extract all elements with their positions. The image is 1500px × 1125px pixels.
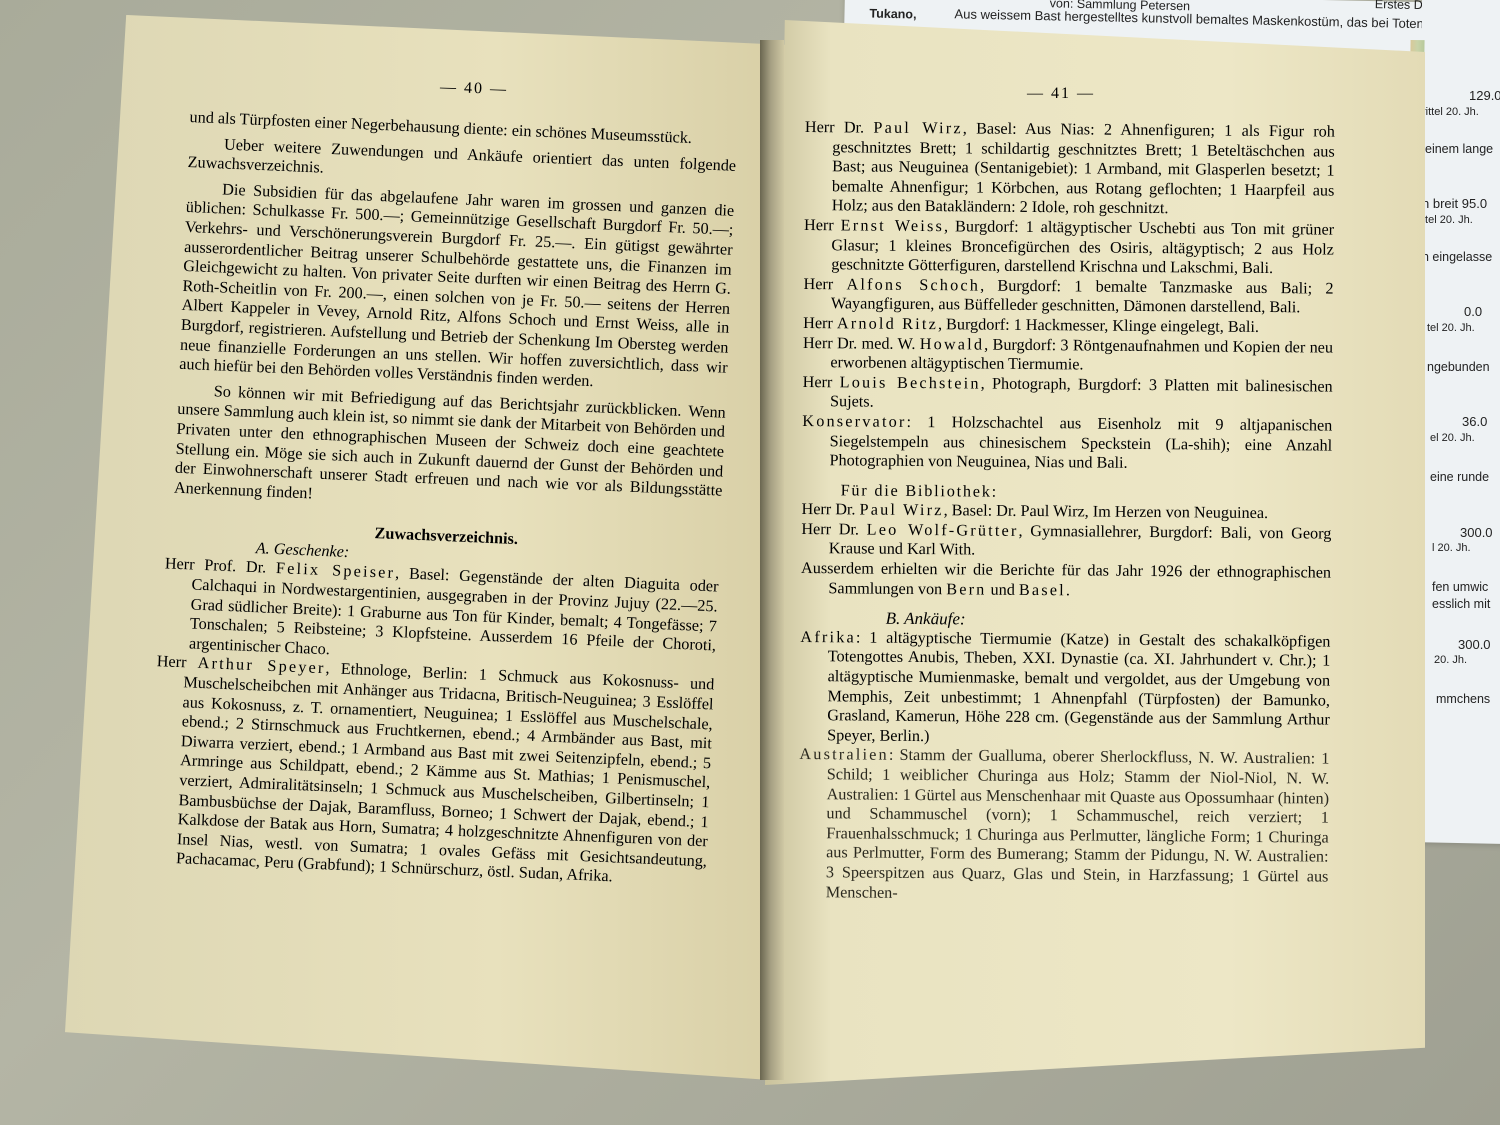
bg-value: mmchens (1436, 692, 1490, 706)
donor-prefix: Herr (803, 314, 833, 332)
library-entry: Herr Dr. Leo Wolf-Grütter, Gymnasiallehr… (801, 520, 1331, 564)
city-name: Basel (1019, 581, 1066, 599)
donor-entry: Herr Ernst Weiss, Burgdorf: 1 altägyptis… (804, 216, 1334, 279)
donor-text: , Burgdorf: 1 Hackmesser, Klinge eingele… (938, 315, 1259, 336)
bg-value: 0.0 (1464, 304, 1482, 319)
donor-prefix: Herr Dr. (805, 118, 864, 137)
bg-value: 36.0 (1462, 414, 1487, 429)
bg-value: 300.0 (1460, 525, 1493, 540)
donor-name: Konservator (802, 412, 906, 431)
donor-text: , Basel: Dr. Paul Wirz, Im Herzen von Ne… (944, 502, 1269, 523)
donor-text: , Ethnologe, Berlin: 1 Schmuck aus Kokos… (176, 660, 715, 886)
donor-entry: Herr Alfons Schoch, Burgdorf: 1 bemalte … (803, 275, 1333, 319)
bg-value: 129.0 (1469, 88, 1500, 103)
bg-value: n breit 95.0 (1422, 196, 1487, 211)
donor-name: Alfons Schoch (846, 275, 980, 294)
bg-value: l 20. Jh. (1432, 542, 1471, 554)
bg-value: fen umwic (1432, 580, 1488, 594)
bg-value: n eingelasse (1422, 250, 1492, 264)
note-text: . (1066, 581, 1070, 599)
reports-note: Ausserdem erhielten wir die Berichte für… (801, 559, 1331, 603)
donor-name: Leo Wolf-Grütter (867, 520, 1019, 539)
bg-value: tel 20. Jh. (1427, 322, 1475, 334)
right-page-number: — 41 — (1027, 85, 1095, 103)
purchase-entry: Afrika: 1 altägyptische Tiermumie (Katze… (800, 628, 1331, 750)
donor-name: Ernst Weiss (841, 216, 944, 235)
donor-entry: Konservator: 1 Holzschachtel aus Eisenho… (802, 412, 1332, 475)
purchase-entry: Australien: Stamm der Gualluma, oberer S… (798, 745, 1329, 906)
donor-entry: Herr Dr. Paul Wirz, Basel: Aus Nias: 2 A… (804, 118, 1335, 221)
region-name: Afrika (800, 628, 856, 646)
book-gutter (760, 40, 784, 1080)
donor-prefix: Herr (803, 373, 833, 391)
bg-line: Tukano, (869, 7, 916, 22)
note-text: und (986, 580, 1019, 598)
left-page-number: — 40 — (440, 79, 509, 99)
city-name: Bern (946, 580, 986, 598)
donor-name: Louis Bechstein (840, 373, 981, 392)
bg-value: ngebunden (1427, 360, 1490, 374)
donor-name: Arnold Ritz (837, 314, 938, 333)
donor-prefix: Herr (804, 216, 834, 234)
donor-entry: Herr Louis Bechstein, Photograph, Burgdo… (802, 373, 1332, 417)
donor-entry: Herr Arthur Speyer, Ethnologe, Berlin: 1… (148, 653, 715, 892)
purchase-text: : 1 altägyptische Tiermumie (Katze) in G… (827, 628, 1330, 745)
donor-name: Paul Wirz (873, 119, 962, 138)
donor-prefix: Herr Dr. (802, 500, 856, 518)
bg-value: el 20. Jh. (1430, 432, 1475, 444)
donor-prefix: Herr Dr. (801, 520, 859, 539)
bg-value: 20. Jh. (1434, 654, 1467, 666)
left-page-text: und als Türpfosten einer Negerbehausung … (158, 108, 737, 891)
bg-value: 300.0 (1458, 637, 1491, 652)
bg-value: einem lange (1425, 142, 1493, 156)
region-name: Australien (799, 745, 889, 764)
donor-prefix: Herr (803, 275, 833, 293)
bg-value: eine runde (1430, 470, 1489, 484)
donor-name: Howald (920, 335, 985, 354)
purchase-text: : Stamm der Gualluma, oberer Sherlockflu… (826, 746, 1330, 901)
donor-prefix: Herr Dr. med. W. (803, 334, 916, 353)
donor-name: Paul Wirz (859, 501, 943, 520)
donor-prefix: Herr (156, 653, 186, 672)
donor-prefix: Herr Prof. Dr. (165, 555, 267, 577)
background-right-column: 129.0 rittel 20. Jh. einem lange n breit… (1422, 0, 1500, 760)
bg-value: esslich mit (1432, 597, 1490, 611)
bg-value: rittel 20. Jh. (1422, 106, 1479, 118)
paragraph: Die Subsidien für das abgelaufene Jahr w… (179, 179, 735, 398)
paragraph: So können wir mit Befriedigung auf das B… (174, 380, 726, 520)
donor-entry: Herr Dr. med. W. Howald, Burgdorf: 3 Rön… (803, 334, 1333, 378)
donor-text: , Basel: Gegenstände der alten Diaguita … (189, 564, 719, 658)
right-page-text: Herr Dr. Paul Wirz, Basel: Aus Nias: 2 A… (798, 118, 1335, 907)
bg-value: ttel 20. Jh. (1422, 214, 1473, 226)
